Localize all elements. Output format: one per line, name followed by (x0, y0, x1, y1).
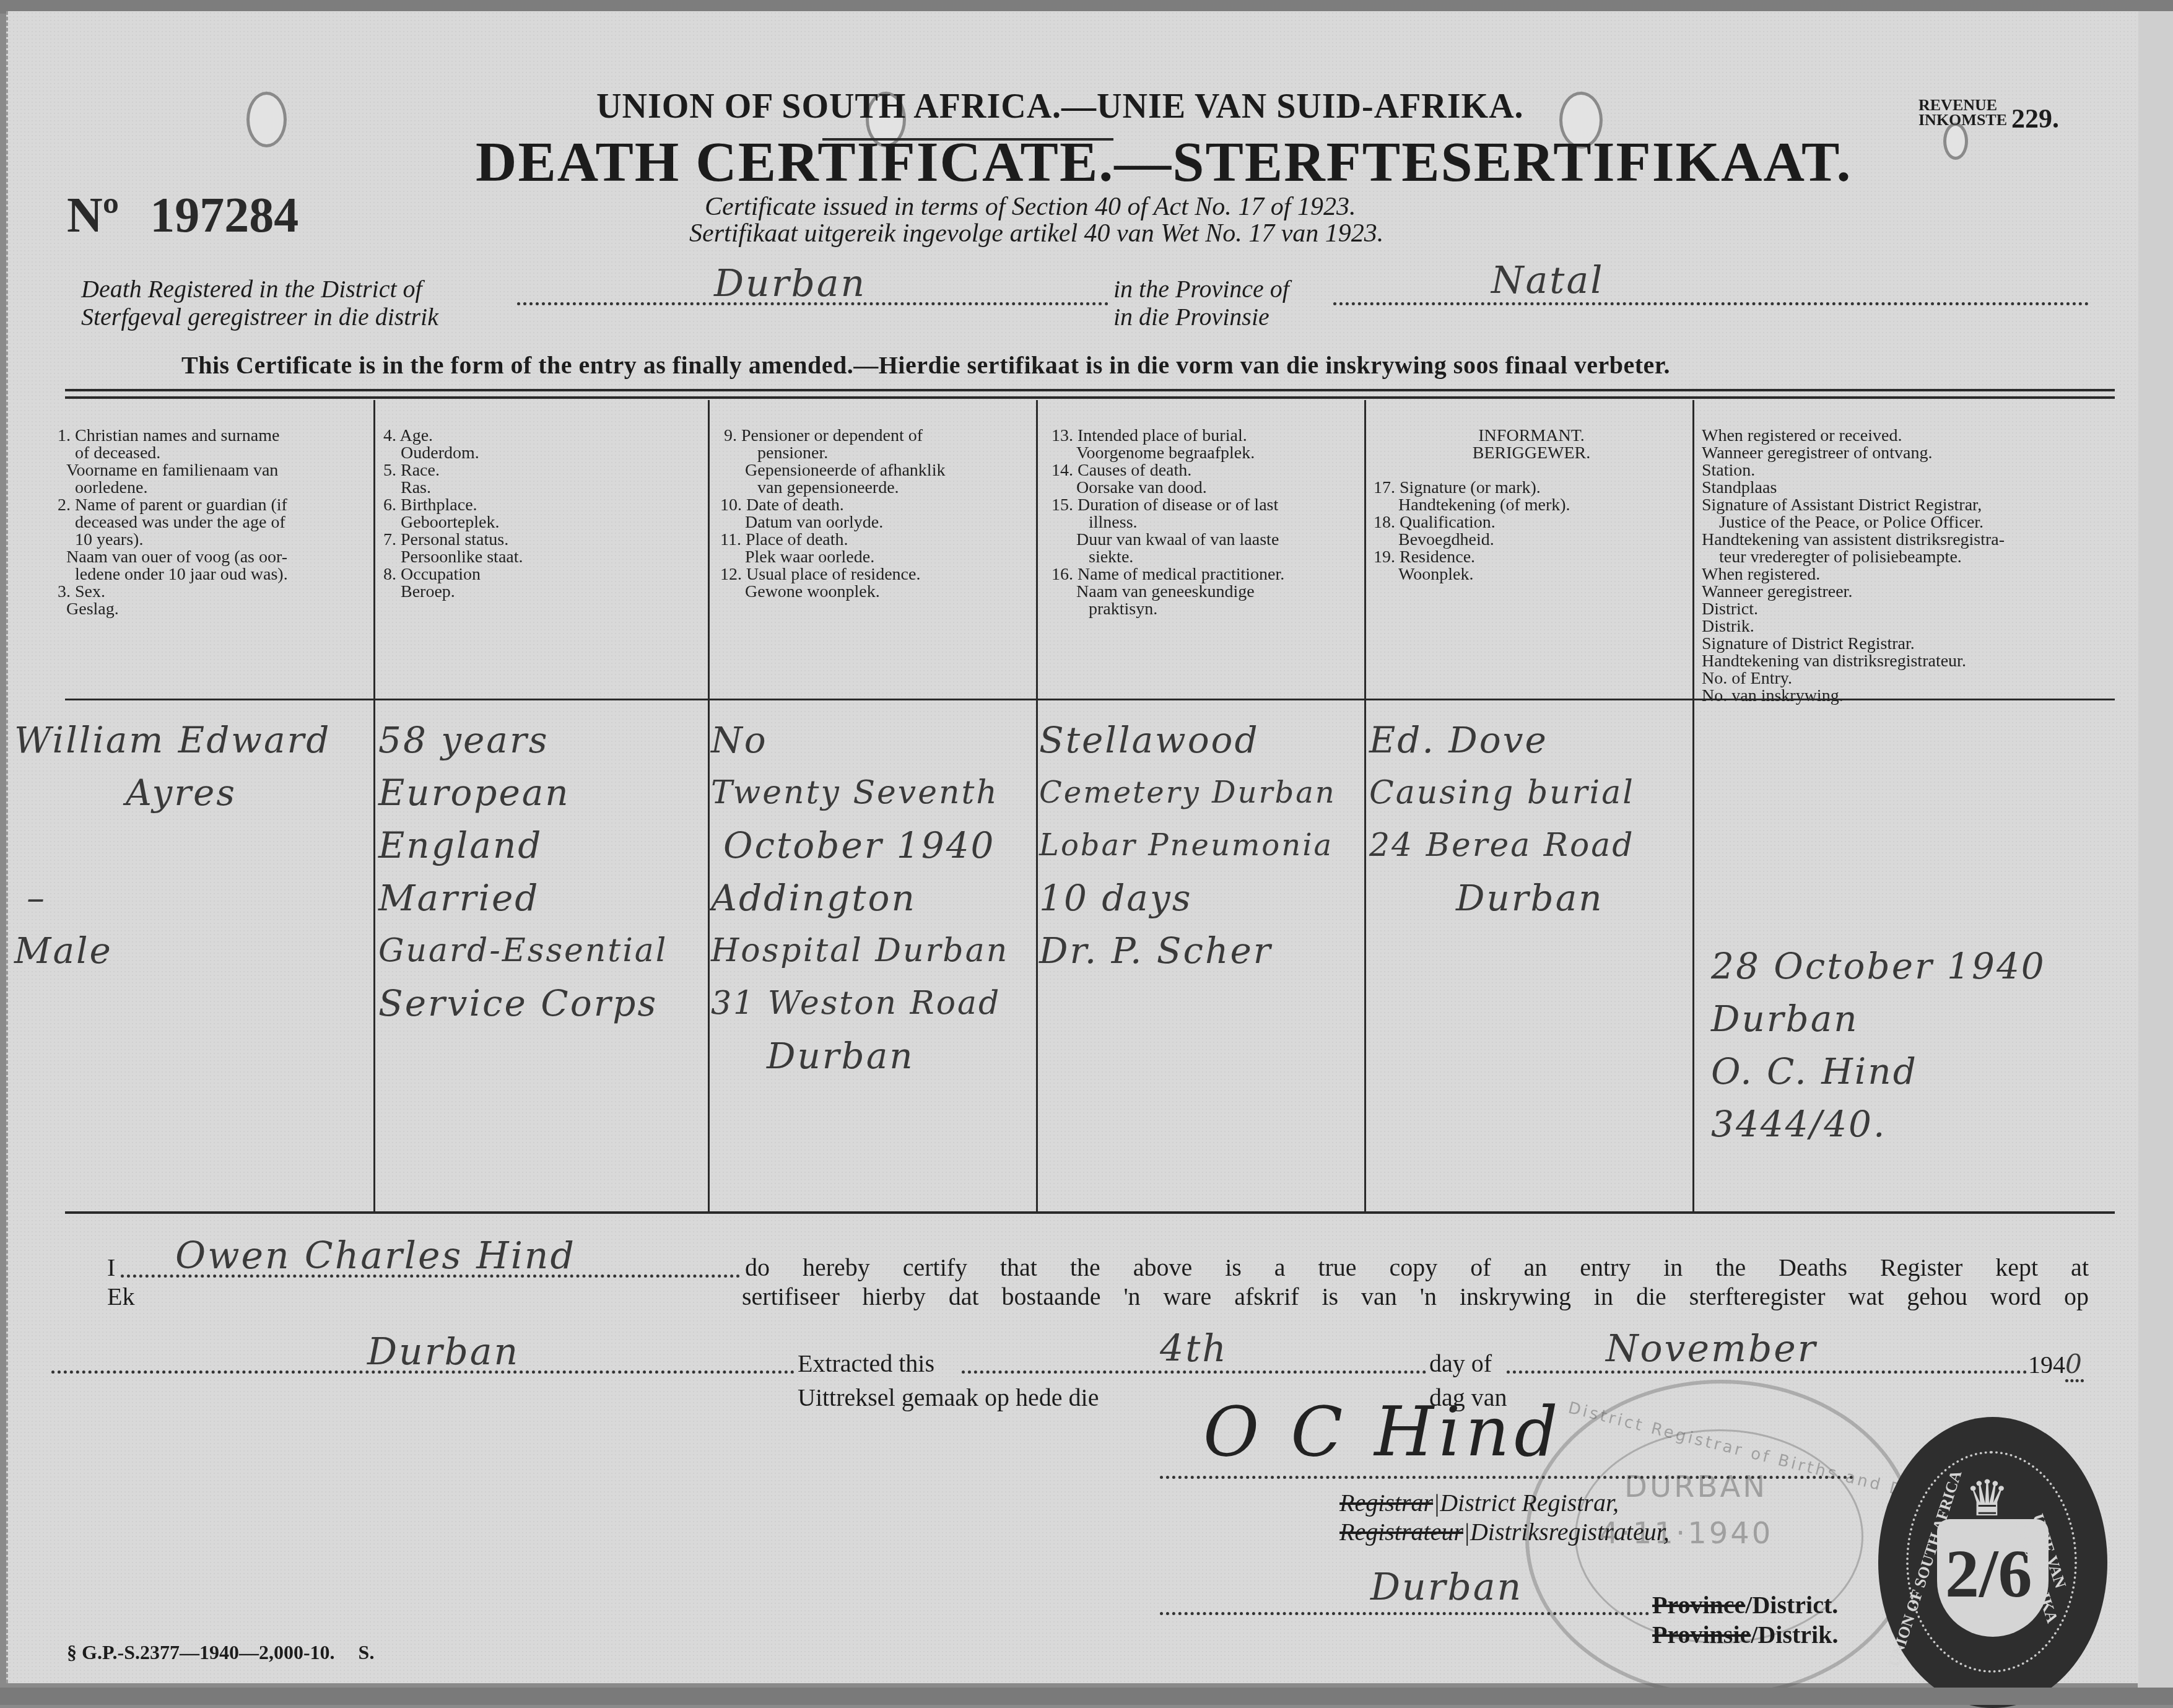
table-top-rule (65, 389, 2115, 391)
month-value: November (1606, 1327, 1818, 1370)
revenue-number: 229. (2011, 103, 2059, 134)
column-divider-5 (1692, 400, 1694, 1211)
issued-note-af: Sertifikaat uitgereik ingevolge artikel … (689, 219, 1383, 248)
province-field-line (1333, 302, 2089, 305)
number-value: 197284 (150, 188, 298, 243)
union-title: UNION OF SOUTH AFRICA.—UNIE VAN SUID-AFR… (596, 87, 1524, 126)
informant-qualification: Causing burial (1369, 767, 1691, 819)
scan-right-edge (2136, 11, 2173, 1688)
year-prefix: 194 (2028, 1351, 2065, 1379)
distrik-label: Distrik. (1757, 1621, 1838, 1649)
duration: 10 days (1039, 872, 1364, 925)
column-1-entries: William Edward Ayres – Male (14, 714, 373, 977)
cause-of-death: Lobar Pneumonia (1039, 819, 1364, 872)
print-mark: S. (359, 1641, 375, 1663)
district-registrar-label: District Registrar, (1440, 1489, 1619, 1517)
registrar-name-value: Owen Charles Hind (175, 1234, 576, 1278)
document-title: DEATH CERTIFICATE.—STERFTESERTIFIKAAT. (476, 129, 1852, 194)
day-value: 4th (1160, 1327, 1228, 1370)
day-line (962, 1370, 1426, 1374)
district-signoff-line (1160, 1612, 1649, 1615)
informant-residence-line-2: Durban (1369, 872, 1691, 925)
province-label-af: in die Provinsie (1113, 302, 1269, 331)
certificate-sheet: UNION OF SOUTH AFRICA.—UNIE VAN SUID-AFR… (6, 11, 2138, 1683)
district-registrar-signature: O C Hind (1203, 1392, 1563, 1471)
age: 58 years (378, 714, 707, 767)
amended-notice: This Certificate is in the form of the e… (181, 351, 1670, 380)
province-district-label-en: Province/District. (1652, 1590, 1838, 1619)
column-3-entries: No Twenty Seventh October 1940 Addington… (711, 714, 1036, 1083)
cert-ek-label: Ek (107, 1282, 134, 1311)
place-of-death-line-1: Addington (711, 872, 1036, 925)
registrar-title-af: Registrateur|Distriksregistrateur, (1339, 1517, 1670, 1546)
district-label-af: Sterfgeval geregistreer in die distrik (81, 302, 438, 331)
column-divider-3 (1036, 400, 1038, 1211)
province-district-label-af: Provinsie/Distrik. (1652, 1620, 1838, 1649)
column-2-entries: 58 years European England Married Guard-… (378, 714, 707, 1030)
residence-line-1: 31 Weston Road (711, 977, 1036, 1030)
blank-line (14, 819, 373, 872)
cert-i-label: I (107, 1253, 115, 1282)
column-5-entries: Ed. Dove Causing burial 24 Berea Road Du… (1369, 714, 1691, 925)
parent-guardian: – (14, 872, 373, 925)
column-2-heading: 4. Age. Ouderdom. 5. Race. Ras. 6. Birth… (383, 427, 705, 601)
registrar-struck: Registrar (1339, 1489, 1433, 1517)
informant-residence-line-1: 24 Berea Road (1369, 819, 1691, 872)
registration-date: 28 October 1940 (1711, 940, 2107, 993)
revenue-label: REVENUE INKOMSTE (1918, 98, 2007, 128)
issued-note-en: Certificate issued in terms of Section 4… (705, 192, 1356, 222)
district-label-en: Death Registered in the District of (81, 274, 422, 303)
table-bottom-rule (65, 1211, 2115, 1214)
certify-text-en: do hereby certify that the above is a tr… (745, 1253, 2089, 1282)
certify-text-af: sertifiseer hierby dat bostaande 'n ware… (742, 1282, 2089, 1311)
extracted-label-af: Uittreksel gemaak op hede die (798, 1383, 1099, 1412)
personal-status: Married (378, 872, 707, 925)
scan-bottom-edge (0, 1688, 2173, 1705)
province-struck-en: Province (1652, 1591, 1745, 1619)
print-code-text: § G.P.-S.2377—1940—2,000-10. (67, 1641, 335, 1663)
race: European (378, 767, 707, 819)
column-6-heading: When registered or received. Wanneer ger… (1702, 427, 2086, 705)
deceased-names: William Edward (14, 714, 373, 767)
registrar-title-en: Registrar|District Registrar, (1339, 1488, 1619, 1517)
signature-line (1160, 1476, 1853, 1479)
revenue-stamp: ♛ 2/6 UNION OF SOUTH AFRICA UNIE VAN SUI… (1878, 1417, 2107, 1705)
number-prefix: Nº (67, 188, 119, 243)
residence-line-2: Durban (711, 1030, 1036, 1083)
district-field-value: Durban (714, 262, 866, 305)
district-label: District. (1752, 1591, 1838, 1619)
signoff-district-value: Durban (1370, 1566, 1523, 1609)
column-1-heading: 1. Christian names and surname of deceas… (58, 427, 367, 618)
day-of-label-en: day of (1429, 1349, 1492, 1378)
informant-signature: Ed. Dove (1369, 714, 1691, 767)
revenue-line-2: INKOMSTE (1918, 113, 2007, 128)
month-line (1507, 1370, 2027, 1374)
province-struck-af: Provinsie (1652, 1621, 1751, 1649)
column-5-heading: INFORMANT. BERIGGEWER. 17. Signature (or… (1374, 427, 1689, 583)
office-stamp-city: DURBAN (1624, 1470, 1767, 1504)
registrateur-struck: Registrateur (1339, 1518, 1463, 1546)
informant-title-af: BERIGGEWER. (1374, 445, 1689, 462)
date-of-death-day: Twenty Seventh (711, 767, 1036, 819)
print-code: § G.P.-S.2377—1940—2,000-10. S. (67, 1641, 374, 1664)
sex: Male (14, 925, 373, 977)
place-of-death-line-2: Hospital Durban (711, 925, 1036, 977)
column-divider-2 (708, 400, 710, 1211)
entry-number: 3444/40. (1711, 1098, 2107, 1151)
column-6-entries: 28 October 1940 Durban O. C. Hind 3444/4… (1711, 940, 2107, 1151)
table-top-rule-2 (65, 396, 2115, 399)
year-suffix: 0 (2065, 1349, 2084, 1382)
column-divider-4 (1364, 400, 1366, 1211)
date-of-death-month-year: October 1940 (711, 819, 1036, 872)
birthplace: England (378, 819, 707, 872)
registrar-signature: O. C. Hind (1711, 1045, 2107, 1098)
occupation-line-1: Guard-Essential (378, 925, 707, 977)
column-4-heading: 13. Intended place of burial. Voorgenome… (1052, 427, 1361, 618)
province-field-value: Natal (1491, 259, 1604, 302)
burial-place-line-1: Stellawood (1039, 714, 1364, 767)
certificate-number: Nº 197284 (67, 188, 298, 244)
year-label: 1940 (2028, 1349, 2084, 1379)
medical-practitioner: Dr. P. Scher (1039, 925, 1364, 977)
distriksregistrateur-label: Distriksregistrateur, (1470, 1518, 1670, 1546)
informant-title-en: INFORMANT. (1374, 427, 1689, 445)
pensioner: No (711, 714, 1036, 767)
column-4-entries: Stellawood Cemetery Durban Lobar Pneumon… (1039, 714, 1364, 977)
deceased-surname: Ayres (14, 767, 373, 819)
punch-hole-left (246, 92, 287, 147)
occupation-line-2: Service Corps (378, 977, 707, 1030)
place-value: Durban (367, 1330, 520, 1374)
province-label-en: in the Province of (1113, 274, 1289, 303)
column-3-heading: 9. Pensioner or dependent of pensioner. … (720, 427, 1030, 601)
extracted-label-en: Extracted this (798, 1349, 934, 1378)
column-divider-1 (373, 400, 375, 1211)
burial-place-line-2: Cemetery Durban (1039, 767, 1364, 819)
registration-district: Durban (1711, 993, 2107, 1045)
